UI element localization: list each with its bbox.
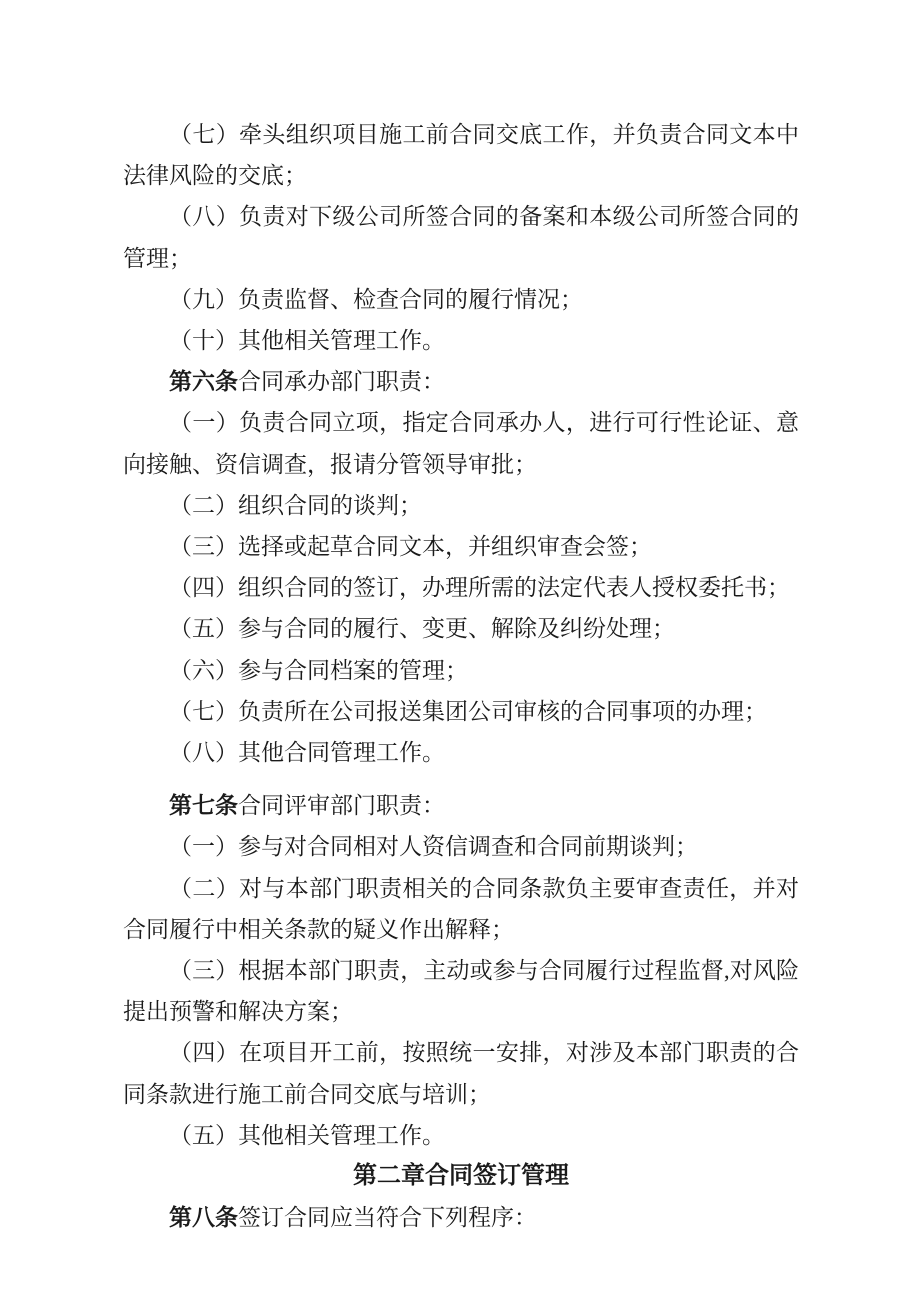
list-item: （一）负责合同立项，指定合同承办人，进行可行性论证、意向接触、资信调查，报请分管… bbox=[123, 402, 799, 484]
article-number: 第六条 bbox=[169, 369, 238, 394]
article-title: 合同承办部门职责： bbox=[238, 369, 445, 394]
item-text: （三）根据本部门职责，主动或参与合同履行过程监督,对风险提出预警和解决方案； bbox=[123, 958, 799, 1024]
item-text: （二）对与本部门职责相关的合同条款负主要审查责任，并对合同履行中相关条款的疑义作… bbox=[123, 876, 799, 942]
list-item: （七）牵头组织项目施工前合同交底工作，并负责合同文本中法律风险的交底； bbox=[123, 114, 799, 196]
list-item: （四）在项目开工前，按照统一安排，对涉及本部门职责的合同条款进行施工前合同交底与… bbox=[123, 1032, 799, 1114]
article-title: 签订合同应当符合下列程序： bbox=[238, 1205, 537, 1230]
item-text: （七）负责所在公司报送集团公司审核的合同事项的办理； bbox=[169, 699, 767, 724]
item-text: （七）牵头组织项目施工前合同交底工作，并负责合同文本中法律风险的交底； bbox=[123, 122, 799, 188]
list-item: （七）负责所在公司报送集团公司审核的合同事项的办理； bbox=[123, 691, 799, 732]
list-item: （三）选择或起草合同文本，并组织审查会签； bbox=[123, 526, 799, 567]
list-item: （九）负责监督、检查合同的履行情况； bbox=[123, 279, 799, 320]
document-page: （七）牵头组织项目施工前合同交底工作，并负责合同文本中法律风险的交底； （八）负… bbox=[0, 0, 920, 1301]
list-item: （八）负责对下级公司所签合同的备案和本级公司所签合同的管理； bbox=[123, 196, 799, 278]
article-heading: 第七条合同评审部门职责： bbox=[123, 785, 799, 826]
item-text: （五）参与合同的履行、变更、解除及纠纷处理； bbox=[169, 616, 675, 641]
item-text: （三）选择或起草合同文本，并组织审查会签； bbox=[169, 534, 652, 559]
item-text: （九）负责监督、检查合同的履行情况； bbox=[169, 287, 583, 312]
list-item: （八）其他合同管理工作。 bbox=[123, 732, 799, 773]
article-heading: 第八条签订合同应当符合下列程序： bbox=[123, 1197, 799, 1238]
article-number: 第八条 bbox=[169, 1205, 238, 1230]
list-item: （十）其他相关管理工作。 bbox=[123, 320, 799, 361]
item-text: （八）负责对下级公司所签合同的备案和本级公司所签合同的管理； bbox=[123, 204, 799, 270]
item-text: （一）参与对合同相对人资信调查和合同前期谈判； bbox=[169, 834, 698, 859]
article-heading: 第六条合同承办部门职责： bbox=[123, 361, 799, 402]
list-item: （二）对与本部门职责相关的合同条款负主要审查责任，并对合同履行中相关条款的疑义作… bbox=[123, 868, 799, 950]
list-item: （四）组织合同的签订，办理所需的法定代表人授权委托书； bbox=[123, 567, 799, 608]
document-body: （七）牵头组织项目施工前合同交底工作，并负责合同文本中法律风险的交底； （八）负… bbox=[123, 114, 799, 1238]
list-item: （三）根据本部门职责，主动或参与合同履行过程监督,对风险提出预警和解决方案； bbox=[123, 950, 799, 1032]
chapter-heading: 第二章合同签订管理 bbox=[123, 1156, 799, 1197]
item-text: （一）负责合同立项，指定合同承办人，进行可行性论证、意向接触、资信调查，报请分管… bbox=[123, 410, 799, 476]
list-item: （二）组织合同的谈判； bbox=[123, 485, 799, 526]
item-text: （二）组织合同的谈判； bbox=[169, 493, 422, 518]
article-number: 第七条 bbox=[169, 793, 238, 818]
list-item: （一）参与对合同相对人资信调查和合同前期谈判； bbox=[123, 826, 799, 867]
article-title: 合同评审部门职责： bbox=[238, 793, 445, 818]
list-item: （六）参与合同档案的管理； bbox=[123, 650, 799, 691]
item-text: （六）参与合同档案的管理； bbox=[169, 658, 468, 683]
item-text: （十）其他相关管理工作。 bbox=[169, 328, 445, 353]
list-item: （五）其他相关管理工作。 bbox=[123, 1115, 799, 1156]
item-text: （八）其他合同管理工作。 bbox=[169, 740, 445, 765]
item-text: （四）在项目开工前，按照统一安排，对涉及本部门职责的合同条款进行施工前合同交底与… bbox=[123, 1040, 799, 1106]
item-text: （五）其他相关管理工作。 bbox=[169, 1123, 445, 1148]
item-text: （四）组织合同的签订，办理所需的法定代表人授权委托书； bbox=[169, 575, 790, 600]
list-item: （五）参与合同的履行、变更、解除及纠纷处理； bbox=[123, 608, 799, 649]
